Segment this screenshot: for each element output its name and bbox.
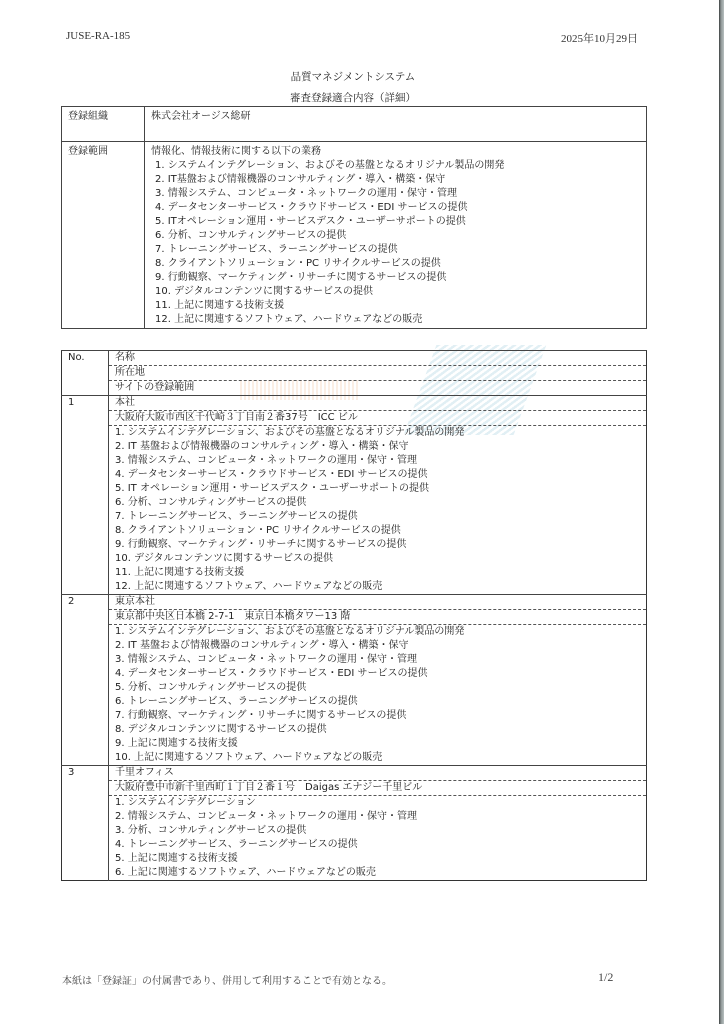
site-scope-item: 7. 行動観察、マーケティング・リサーチに関するサービスの提供 <box>109 709 646 723</box>
site-scope-item: 12. 上記に関連するソフトウェア、ハードウェアなどの販売 <box>109 580 646 594</box>
site-address: 東京都中央区日本橋 2-7-1 東京日本橋タワー13 階 <box>109 610 646 625</box>
header-scope: サイトの登録範囲 <box>109 381 646 395</box>
header-body: 名称 所在地 サイトの登録範囲 <box>109 351 647 396</box>
site-scope-item: 8. クライアントソリューション・PC リサイクルサービスの提供 <box>109 524 646 538</box>
scope-intro: 情報化、情報技術に関する以下の業務 <box>151 145 646 159</box>
site-scope-item: 2. IT 基盤および情報機器のコンサルティング・導入・構築・保守 <box>109 639 646 653</box>
scan-edge <box>719 0 724 1024</box>
scope-label: 登録範囲 <box>62 142 145 329</box>
scope-item: 5. ITオペレーション運用・サービスデスク・ユーザーサポートの提供 <box>151 215 646 229</box>
site-scope-item: 9. 行動観察、マーケティング・リサーチに関するサービスの提供 <box>109 538 646 552</box>
site-row: 1 本社 大阪府大阪市西区千代崎３丁目南２番37号 ICC ビル 1. システム… <box>62 396 647 595</box>
site-scope-item: 3. 情報システム、コンピュータ・ネットワークの運用・保守・管理 <box>109 653 646 667</box>
site-scope-item: 1. システムインテグレーション、およびその基盤となるオリジナル製品の開発 <box>109 426 646 440</box>
site-no: 2 <box>62 595 109 766</box>
scope-item: 8. クライアントソリューション・PC リサイクルサービスの提供 <box>151 257 646 271</box>
header-no: No. <box>62 351 109 396</box>
site-scope-item: 6. 上記に関連するソフトウェア、ハードウェアなどの販売 <box>109 866 646 880</box>
document-title: 品質マネジメントシステム <box>0 69 706 84</box>
page-number: 1/2 <box>598 970 613 985</box>
scope-item: 7. トレーニングサービス、ラーニングサービスの提供 <box>151 243 646 257</box>
site-scope-item: 6. 分析、コンサルティングサービスの提供 <box>109 496 646 510</box>
site-name: 本社 <box>109 396 646 411</box>
scope-item: 3. 情報システム、コンピュータ・ネットワークの運用・保守・管理 <box>151 187 646 201</box>
site-scope-item: 5. IT オペレーション運用・サービスデスク・ユーザーサポートの提供 <box>109 482 646 496</box>
registration-table: 登録組織 株式会社オージス総研 登録範囲 情報化、情報技術に関する以下の業務 1… <box>61 106 647 329</box>
header-name: 名称 <box>109 351 646 366</box>
header-address: 所在地 <box>109 366 646 381</box>
registration-org-row: 登録組織 株式会社オージス総研 <box>62 107 647 142</box>
site-scope-item: 6. トレーニングサービス、ラーニングサービスの提供 <box>109 695 646 709</box>
scope-item: 12. 上記に関連するソフトウェア、ハードウェアなどの販売 <box>151 313 646 327</box>
site-scope-item: 2. 情報システム、コンピュータ・ネットワークの運用・保守・管理 <box>109 810 646 824</box>
site-scope-item: 7. トレーニングサービス、ラーニングサービスの提供 <box>109 510 646 524</box>
org-value: 株式会社オージス総研 <box>145 107 647 142</box>
site-scope-item: 5. 分析、コンサルティングサービスの提供 <box>109 681 646 695</box>
registration-scope-row: 登録範囲 情報化、情報技術に関する以下の業務 1. システムインテグレーション、… <box>62 142 647 329</box>
site-scope-item: 1. システムインテグレーション、およびその基盤となるオリジナル製品の開発 <box>109 625 646 639</box>
scope-item: 11. 上記に関連する技術支援 <box>151 299 646 313</box>
scope-item: 10. デジタルコンテンツに関するサービスの提供 <box>151 285 646 299</box>
site-scope-item: 10. デジタルコンテンツに関するサービスの提供 <box>109 552 646 566</box>
site-scope-item: 4. トレーニングサービス、ラーニングサービスの提供 <box>109 838 646 852</box>
sites-header-row: No. 名称 所在地 サイトの登録範囲 <box>62 351 647 396</box>
sites-table: No. 名称 所在地 サイトの登録範囲 1 本社 大阪府大阪市西区千代崎３丁目南… <box>61 350 647 881</box>
document-id: JUSE-RA-185 <box>66 30 130 42</box>
site-row: 2 東京本社 東京都中央区日本橋 2-7-1 東京日本橋タワー13 階 1. シ… <box>62 595 647 766</box>
scope-value: 情報化、情報技術に関する以下の業務 1. システムインテグレーション、およびその… <box>145 142 647 329</box>
org-label: 登録組織 <box>62 107 145 142</box>
site-name: 千里オフィス <box>109 766 646 781</box>
site-no: 3 <box>62 766 109 881</box>
site-address: 大阪府豊中市新千里西町１丁目２番１号 Daigas エナジー千里ビル <box>109 781 646 796</box>
document-subtitle: 審査登録適合内容（詳細） <box>0 90 706 105</box>
document-date: 2025年10月29日 <box>561 30 638 46</box>
site-address: 大阪府大阪市西区千代崎３丁目南２番37号 ICC ビル <box>109 411 646 426</box>
scope-item: 6. 分析、コンサルティングサービスの提供 <box>151 229 646 243</box>
scope-item: 4. データセンターサービス・クラウドサービス・EDI サービスの提供 <box>151 201 646 215</box>
scope-item: 2. IT基盤および情報機器のコンサルティング・導入・構築・保守 <box>151 173 646 187</box>
site-scope-item: 10. 上記に関連するソフトウェア、ハードウェアなどの販売 <box>109 751 646 765</box>
site-scope-item: 4. データセンターサービス・クラウドサービス・EDI サービスの提供 <box>109 468 646 482</box>
site-scope-item: 2. IT 基盤および情報機器のコンサルティング・導入・構築・保守 <box>109 440 646 454</box>
site-no: 1 <box>62 396 109 595</box>
site-scope-item: 11. 上記に関連する技術支援 <box>109 566 646 580</box>
site-scope-item: 3. 情報システム、コンピュータ・ネットワークの運用・保守・管理 <box>109 454 646 468</box>
site-body: 東京本社 東京都中央区日本橋 2-7-1 東京日本橋タワー13 階 1. システ… <box>109 595 647 766</box>
site-scope-item: 5. 上記に関連する技術支援 <box>109 852 646 866</box>
site-body: 本社 大阪府大阪市西区千代崎３丁目南２番37号 ICC ビル 1. システムイン… <box>109 396 647 595</box>
site-scope-item: 3. 分析、コンサルティングサービスの提供 <box>109 824 646 838</box>
site-scope-item: 4. データセンターサービス・クラウドサービス・EDI サービスの提供 <box>109 667 646 681</box>
site-scope-item: 1. システムインテグレーション <box>109 796 646 810</box>
site-row: 3 千里オフィス 大阪府豊中市新千里西町１丁目２番１号 Daigas エナジー千… <box>62 766 647 881</box>
site-name: 東京本社 <box>109 595 646 610</box>
scope-item: 9. 行動観察、マーケティング・リサーチに関するサービスの提供 <box>151 271 646 285</box>
footer-note: 本紙は「登録証」の付属書であり、併用して利用することで有効となる。 <box>62 972 392 987</box>
site-scope-item: 8. デジタルコンテンツに関するサービスの提供 <box>109 723 646 737</box>
site-scope-item: 9. 上記に関連する技術支援 <box>109 737 646 751</box>
scope-item: 1. システムインテグレーション、およびその基盤となるオリジナル製品の開発 <box>151 159 646 173</box>
site-body: 千里オフィス 大阪府豊中市新千里西町１丁目２番１号 Daigas エナジー千里ビ… <box>109 766 647 881</box>
